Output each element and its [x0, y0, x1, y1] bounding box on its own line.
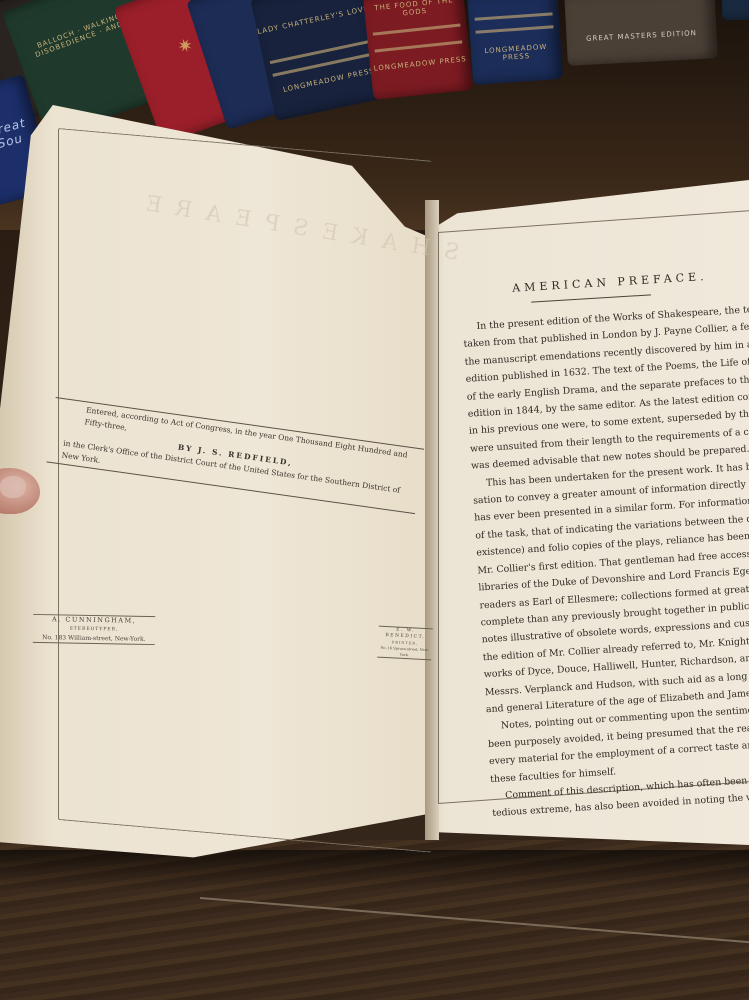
thumbnail-nail — [0, 476, 26, 498]
stereotyper-imprint: A. CUNNINGHAM, STEREOTYPER, No. 183 Will… — [33, 614, 155, 645]
book-spine: LONGMEADOW PRESS — [467, 0, 563, 85]
book-spine — [722, 0, 749, 20]
book-spine: GREAT MASTERS EDITION — [564, 0, 718, 66]
book-shadow — [0, 850, 749, 890]
printer-imprint: E. W. BENEDICT, PRINTER, No. 16 Spruce-s… — [377, 626, 433, 661]
heading-rule — [531, 294, 651, 302]
book-spine: THE FOOD OF THE GODS LONGMEADOW PRESS — [363, 0, 473, 100]
american-preface: AMERICAN PREFACE. In the present edition… — [460, 267, 749, 823]
photo-scene: BALLOCH · WALKING · CIVIL DISOBEDIENCE ·… — [0, 0, 749, 1000]
